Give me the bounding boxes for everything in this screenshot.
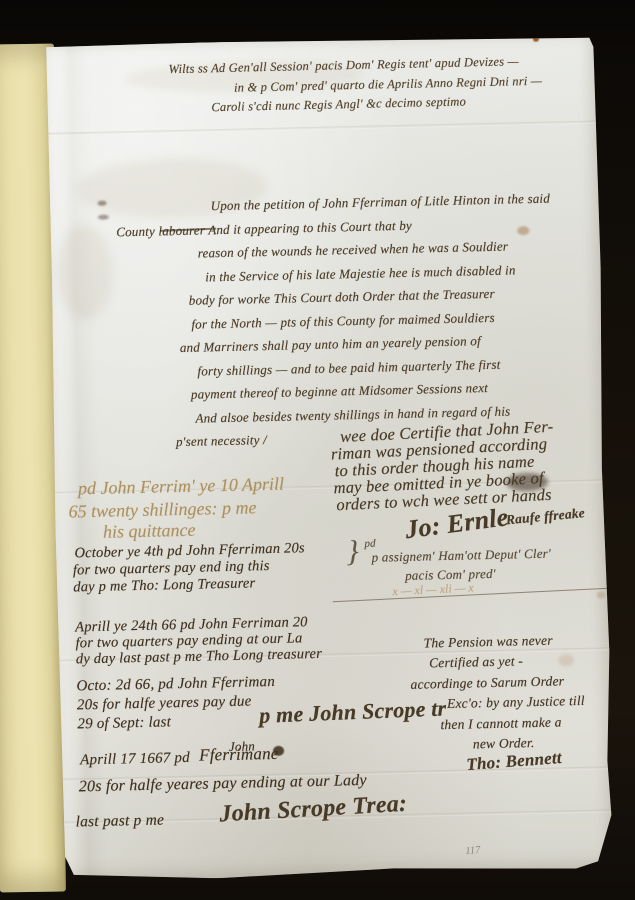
signature-raufe-freke: Raufe ffreake xyxy=(505,505,585,528)
manuscript-page: Wilts ss Ad Gen'all Session' pacis Dom' … xyxy=(44,33,615,881)
crease-line xyxy=(46,120,598,136)
refusal-note: The Pension was never Certified as yet -… xyxy=(409,630,586,756)
certification-note: wee doe Certifie that John Fer- riman wa… xyxy=(330,418,557,514)
payment-entry-oct-1666: Octo: 2d 66, pd John Fferriman 20s for h… xyxy=(76,673,276,734)
payment-entry-apr-1666: Aprill ye 24th 66 pd John Ferriman 20 fo… xyxy=(75,614,322,668)
margin-mark xyxy=(98,215,109,220)
payment-payee: Fferrimane xyxy=(199,744,279,766)
marginal-note-line: his quittance xyxy=(103,518,285,542)
photo-backdrop: Wilts ss Ad Gen'all Session' pacis Dom' … xyxy=(0,0,635,900)
refusal-line: Exc'o: by any Justice till xyxy=(447,691,585,715)
payment-entry-oct-1665: October ye 4th pd John Fferriman 20s for… xyxy=(74,540,305,596)
payment-line: 20s for halfe yeares pay ending at our L… xyxy=(79,772,367,797)
payment-date-line: Aprill 17 1667 pd xyxy=(80,750,190,769)
payment-line: last past p me xyxy=(75,811,164,831)
faded-marginal-note: pd John Ferrim' ye 10 Aprill 65 twenty s… xyxy=(68,472,285,543)
clerk-attestation-line: p assignem' Ham'ott Deput' Cler' xyxy=(372,546,552,566)
fox-spot xyxy=(597,591,606,598)
payment-bracket: } xyxy=(346,535,359,569)
latin-heading: Wilts ss Ad Gen'all Session' pacis Dom' … xyxy=(168,52,542,119)
bracket-note: pd xyxy=(364,538,376,550)
signature-john-scrope-treasurer: John Scrope Trea: xyxy=(219,791,408,829)
rust-spot xyxy=(533,37,539,42)
tally-marks: x — xl — xli — x xyxy=(392,580,474,599)
pencil-page-number: 117 xyxy=(465,845,481,857)
payment-line: 29 of Sept: last xyxy=(77,711,276,734)
petition-order-text: Upon the petition of John Fferriman of L… xyxy=(113,187,555,455)
show-through-stain xyxy=(56,225,113,321)
